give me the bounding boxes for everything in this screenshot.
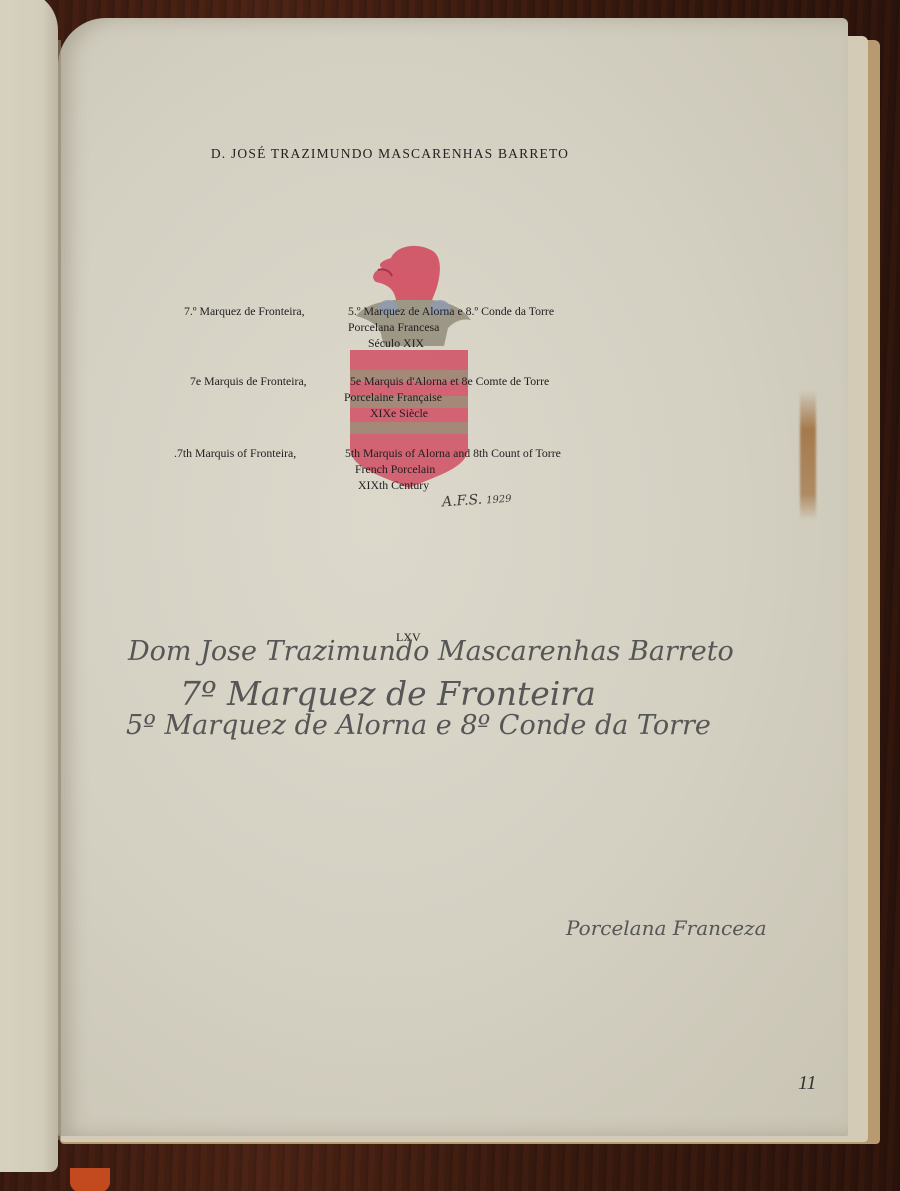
book-gutter [58, 40, 61, 1140]
caption-fr-title-left: 7e Marquis de Fronteira, [190, 374, 307, 389]
left-page-edge [0, 0, 58, 1172]
red-bookmark-ribbon [70, 1168, 110, 1191]
page-title: D. JOSÉ TRAZIMUNDO MASCARENHAS BARRETO [200, 146, 580, 162]
foxing-stain [800, 390, 816, 520]
caption-en-title-right: 5th Marquis of Alorna and 8th Count of T… [345, 446, 561, 461]
caption-en-material: French Porcelain [355, 462, 435, 477]
caption-pt-century: Século XIX [368, 336, 424, 351]
caption-en-century: XIXth Century [358, 478, 429, 493]
page-number: 11 [798, 1072, 817, 1095]
caption-pt-title-right: 5.º Marquez de Alorna e 8.º Conde da Tor… [348, 304, 554, 319]
caption-fr-title-right: 5e Marquis d'Alorna et 8e Comte de Torre [350, 374, 549, 389]
caption-en-title-left: .7th Marquis of Fronteira, [174, 446, 296, 461]
signature-initials: A.F.S. [442, 492, 483, 511]
calligraphy-line-3: 5º Marquez de Alorna e 8º Conde da Torre [126, 710, 711, 741]
caption-fr-material: Porcelaine Française [344, 390, 442, 405]
signature-year: 1929 [486, 494, 512, 507]
calligraphy-line-2: 7º Marquez de Fronteira [180, 674, 596, 713]
caption-fr-century: XIXe Siècle [370, 406, 428, 421]
caption-pt-title-left: 7.º Marquez de Fronteira, [184, 304, 305, 319]
caption-pt-material: Porcelana Francesa [348, 320, 439, 335]
calligraphy-line-1: Dom Jose Trazimundo Mascarenhas Barreto [128, 636, 734, 667]
right-page [58, 18, 848, 1136]
calligraphy-footer: Porcelana Franceza [566, 916, 767, 940]
